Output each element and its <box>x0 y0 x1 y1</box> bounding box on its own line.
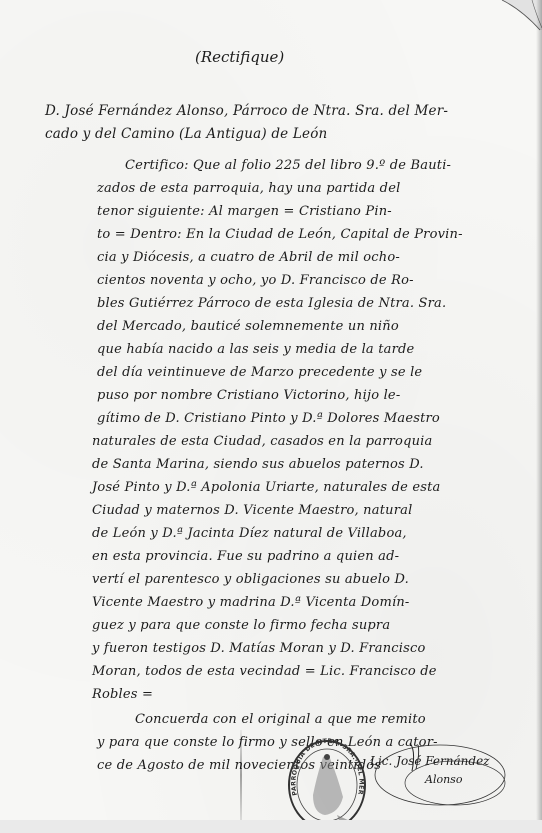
priest-signature: Lic. José Fernández Alonso <box>360 735 510 815</box>
body-line: bles Gutiérrez Párroco de esta Iglesia d… <box>97 296 446 311</box>
body-line: vertí el parentesco y obligaciones su ab… <box>92 572 409 587</box>
header-line: cado y del Camino (La Antigua) de León <box>45 126 327 142</box>
body-line: Moran, todos de esta vecindad = Lic. Fra… <box>92 664 437 679</box>
body-line: Vicente Maestro y madrina D.ª Vicenta Do… <box>92 595 410 610</box>
svg-text:Lic. José Fernández: Lic. José Fernández <box>369 754 490 768</box>
page-right-edge <box>536 0 542 820</box>
body-line: tenor siguiente: Al margen = Cristiano P… <box>97 204 392 219</box>
document-title: (Rectifique) <box>195 48 284 66</box>
parish-seal-stamp: PARROQUIA DE NTRA. SRA. DEL MERCADO - LE… <box>285 735 370 833</box>
body-line: Robles = <box>92 687 153 702</box>
body-line: gítimo de D. Cristiano Pinto y D.ª Dolor… <box>97 411 440 426</box>
header-line: D. José Fernández Alonso, Párroco de Ntr… <box>45 103 448 119</box>
body-line: guez y para que conste lo firmo fecha su… <box>92 618 390 633</box>
body-line: puso por nombre Cristiano Victorino, hij… <box>97 388 400 403</box>
body-line: cia y Diócesis, a cuatro de Abril de mil… <box>97 250 400 265</box>
body-line: José Pinto y D.ª Apolonia Uriarte, natur… <box>92 480 441 495</box>
svg-text:Alonso: Alonso <box>424 773 463 786</box>
body-line: Certifico: Que al folio 225 del libro 9.… <box>125 158 451 173</box>
body-line: en esta provincia. Fue su padrino a quie… <box>92 549 399 564</box>
body-line: Ciudad y maternos D. Vicente Maestro, na… <box>92 503 412 518</box>
body-line: y fueron testigos D. Matías Moran y D. F… <box>92 641 426 656</box>
body-line: zados de esta parroquia, hay una partida… <box>97 181 400 196</box>
body-line: to = Dentro: En la Ciudad de León, Capit… <box>97 227 463 242</box>
scan-bottom-border <box>0 820 542 833</box>
body-line: del Mercado, bauticé solemnemente un niñ… <box>97 319 399 334</box>
body-line: cientos noventa y ocho, yo D. Francisco … <box>97 273 414 288</box>
body-line: del día veintinueve de Marzo precedente … <box>97 365 422 380</box>
body-line: de Santa Marina, siendo sus abuelos pate… <box>92 457 424 472</box>
document-page: (Rectifique) D. José Fernández Alonso, P… <box>0 0 542 820</box>
body-line: que había nacido a las seis y media de l… <box>97 342 414 357</box>
body-line: de León y D.ª Jacinta Díez natural de Vi… <box>92 526 407 541</box>
body-line: naturales de esta Ciudad, casados en la … <box>92 434 432 449</box>
paper-fold-mark <box>240 730 242 820</box>
closing-line: Concuerda con el original a que me remit… <box>135 712 426 727</box>
page-corner-curl <box>492 0 542 60</box>
